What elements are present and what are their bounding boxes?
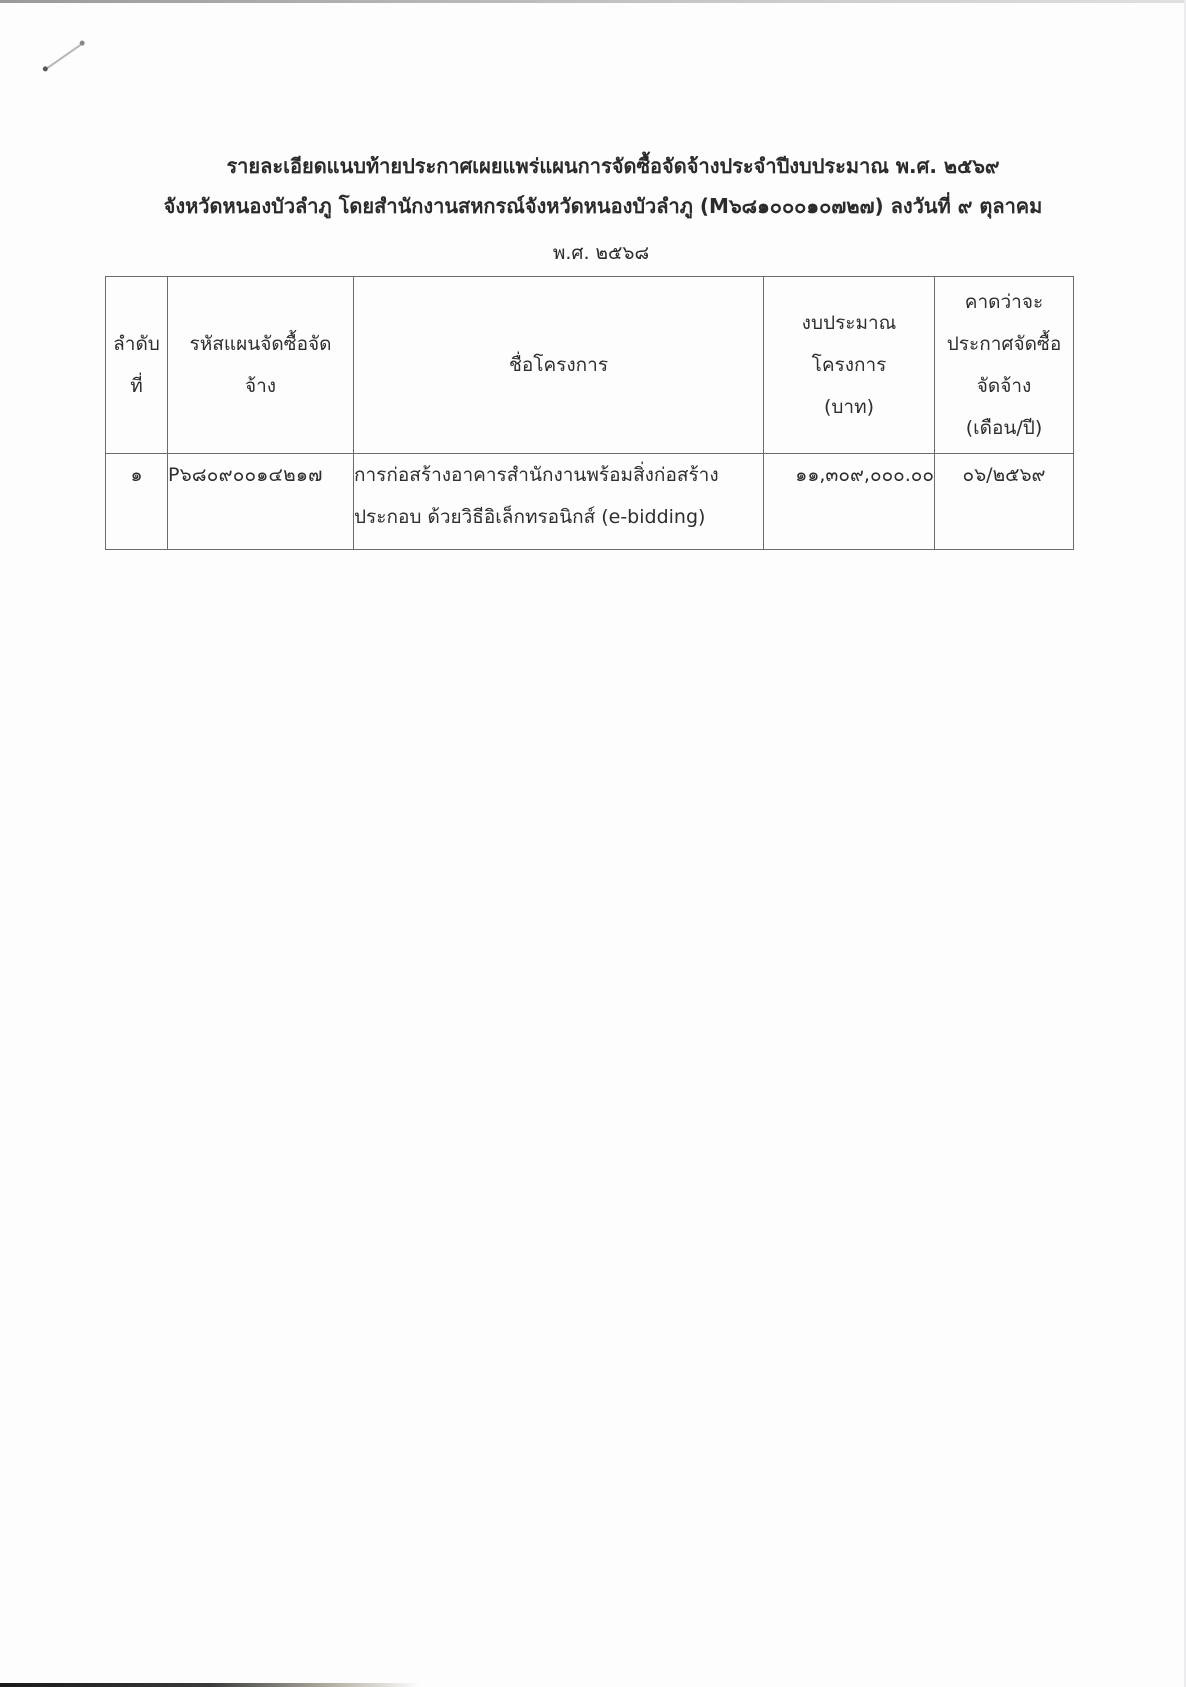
header-expected-announcement: คาดว่าจะ ประกาศจัดซื้อ จัดจ้าง (เดือน/ปี… (935, 277, 1074, 454)
header-budget: งบประมาณ โครงการ (บาท) (764, 277, 935, 454)
header-sequence: ลำดับ ที่ (106, 277, 168, 454)
cell-plan-code: P๖๘๐๙๐๐๑๔๒๑๗ (168, 454, 354, 550)
staple-mark (45, 43, 82, 70)
table-row: ๑ P๖๘๐๙๐๐๑๔๒๑๗ การก่อสร้างอาคารสำนักงานพ… (106, 454, 1074, 550)
header-plan-code: รหัสแผนจัดซื้อจัด จ้าง (168, 277, 354, 454)
cell-project-name: การก่อสร้างอาคารสำนักงานพร้อมสิ่งก่อสร้า… (354, 454, 764, 550)
procurement-plan-table: ลำดับ ที่ รหัสแผนจัดซื้อจัด จ้าง ชื่อโคร… (105, 276, 1074, 550)
cell-expected-month-year: ๐๖/๒๕๖๙ (935, 454, 1074, 550)
document-date-line: พ.ศ. ๒๕๖๘ (8, 238, 1186, 268)
scan-edge-bottom (0, 1683, 420, 1687)
table-header-row: ลำดับ ที่ รหัสแผนจัดซื้อจัด จ้าง ชื่อโคร… (106, 277, 1074, 454)
header-project-name: ชื่อโครงการ (354, 277, 764, 454)
document-subtitle: จังหวัดหนองบัวลำภู โดยสำนักงานสหกรณ์จังห… (10, 190, 1186, 222)
cell-sequence: ๑ (106, 454, 168, 550)
document-title: รายละเอียดแนบท้ายประกาศเผยแพร่แผนการจัดซ… (20, 150, 1186, 182)
scan-edge-top (0, 0, 1186, 3)
cell-budget: ๑๑,๓๐๙,๐๐๐.๐๐ (764, 454, 935, 550)
